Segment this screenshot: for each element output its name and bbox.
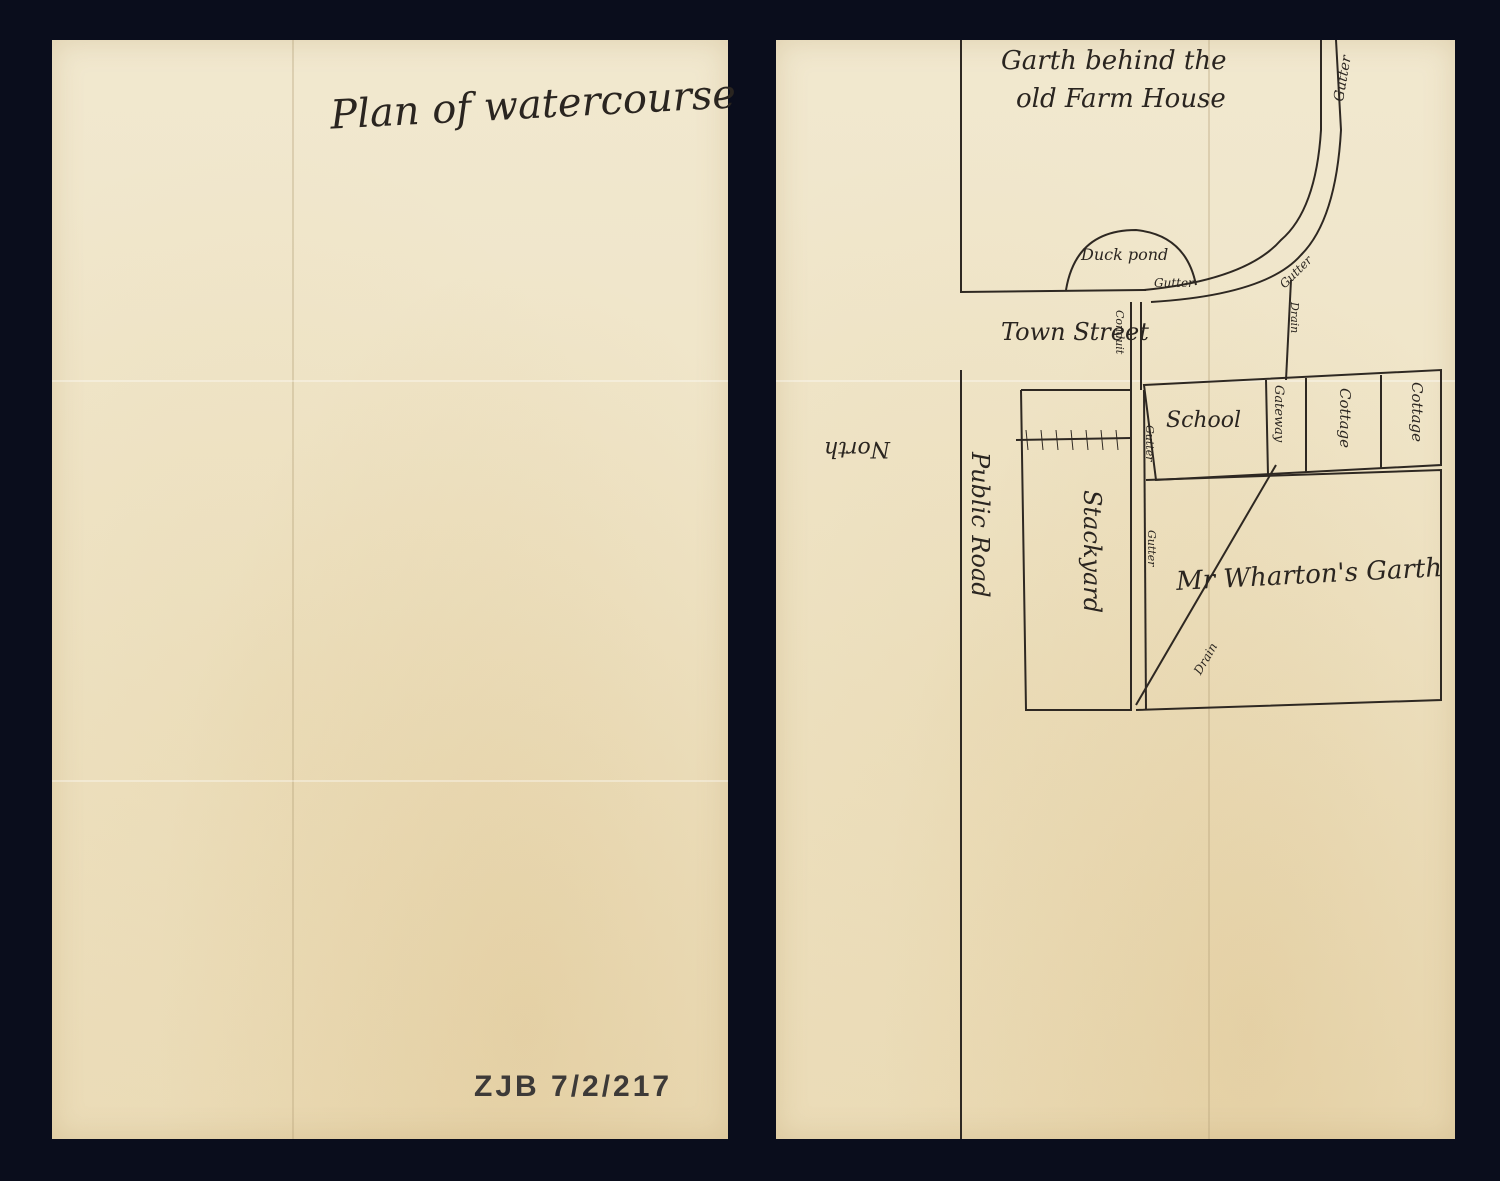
fold-line <box>52 780 728 782</box>
fold-line <box>52 380 728 382</box>
right-sheet: Garth behind the old Farm House Gutter D… <box>776 40 1455 1139</box>
label-public-road: Public Road <box>966 452 994 598</box>
plan-drawing <box>776 40 1455 1139</box>
label-stackyard: Stackyard <box>1078 490 1106 613</box>
label-garth: Garth behind the <box>1001 46 1226 76</box>
label-cottage-2: Cottage <box>1408 382 1426 442</box>
plan-title: Plan of watercourse <box>329 71 737 138</box>
label-gutter-horizontal: Gutter <box>1154 276 1194 290</box>
label-duck-pond: Duck pond <box>1081 245 1168 264</box>
label-drain-vertical: Drain <box>1288 302 1301 333</box>
label-town-street: Town Street <box>1001 318 1149 346</box>
label-cottage-1: Cottage <box>1336 388 1354 448</box>
label-gutter-lower: Gutter <box>1145 530 1158 566</box>
label-school: School <box>1166 408 1241 433</box>
label-garth-line2: old Farm House <box>1016 84 1226 114</box>
left-sheet: Plan of watercourse ZJB 7/2/217 <box>52 40 728 1139</box>
label-gateway: Gateway <box>1271 385 1286 442</box>
label-north: North <box>824 436 890 461</box>
archive-reference: ZJB 7/2/217 <box>474 1070 672 1104</box>
label-gutter-left-of-school: Gutter <box>1143 425 1156 461</box>
fold-line <box>292 40 294 1139</box>
